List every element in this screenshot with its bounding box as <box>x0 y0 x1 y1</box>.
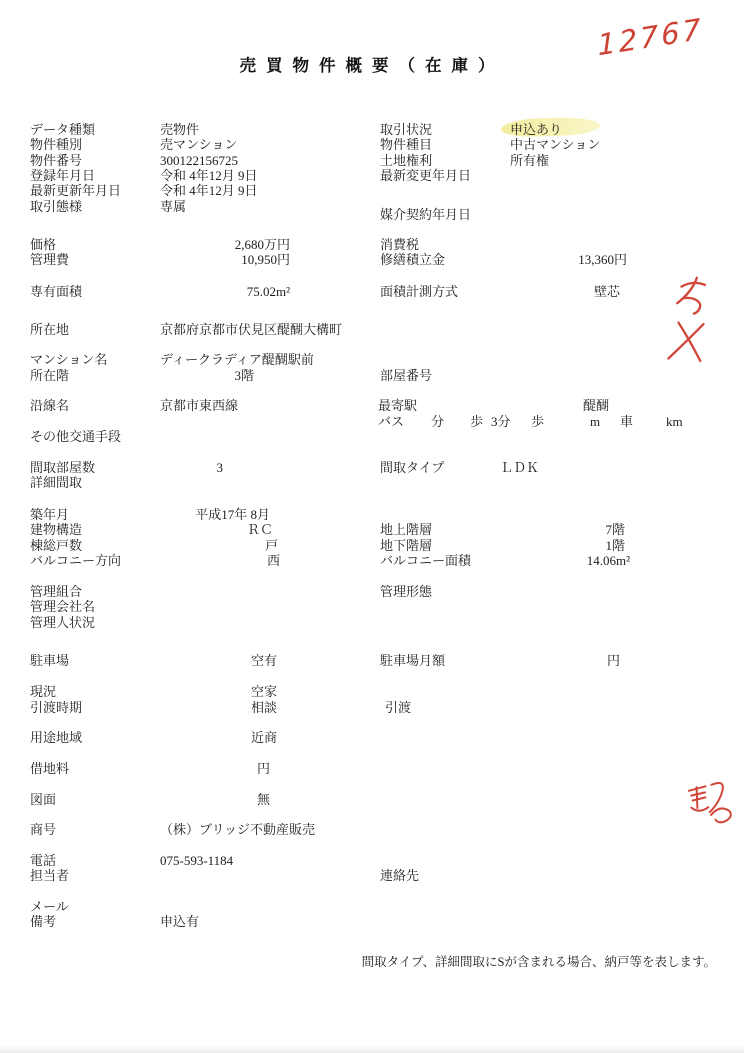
property-summary-document: 売買物件概要（在庫） 12767 データ種類 売物件 物件種別 売マンション 物… <box>0 0 744 1053</box>
property-kind-value: 売マンション <box>160 137 237 152</box>
data-kind-value: 売物件 <box>160 122 199 137</box>
repair-fund-label: 修繕積立金 <box>380 252 445 267</box>
access-token-bus-min: 分 <box>431 414 444 429</box>
balcony-direction-value: 西 <box>267 553 280 568</box>
last-change-date-label: 最新変更年月日 <box>380 168 471 183</box>
updated-date-label: 最新更新年月日 <box>30 183 121 198</box>
rail-line-value: 京都市東西線 <box>160 398 238 413</box>
handwritten-scribble-icon <box>657 269 722 370</box>
transaction-status-value: 申込あり <box>510 122 562 137</box>
mediation-date-label: 媒介契約年月日 <box>380 207 471 222</box>
room-number-label: 部屋番号 <box>380 368 432 383</box>
access-token-km: km <box>666 414 683 429</box>
remarks-value: 申込有 <box>160 914 199 929</box>
exclusive-area-value: 75.02m² <box>247 284 290 299</box>
property-category-value: 中古マンション <box>510 137 600 152</box>
area-method-label: 面積計測方式 <box>380 284 458 299</box>
land-right-label: 土地権利 <box>380 153 432 168</box>
mgmt-company-label: 管理会社名 <box>30 599 95 614</box>
nearest-station-label: 最寄駅 <box>378 398 417 413</box>
management-fee-value: 10,950円 <box>241 252 290 267</box>
land-right-value: 所有権 <box>510 153 549 168</box>
access-token-walk2: 歩 <box>531 414 544 429</box>
nearest-station-value: 醍醐 <box>583 398 609 413</box>
email-label: メール <box>30 899 69 914</box>
consumption-tax-label: 消費税 <box>380 237 419 252</box>
access-token-walk-min: 3分 <box>491 414 511 429</box>
mansion-name-value: ディークラディア醍醐駅前 <box>160 352 314 367</box>
registered-date-value: 令和 4年12月 9日 <box>160 168 258 183</box>
drawing-label: 図面 <box>30 792 56 807</box>
remarks-label: 備考 <box>30 914 56 929</box>
room-count-value: 3 <box>217 460 224 475</box>
other-transport-label: その他交通手段 <box>30 429 121 444</box>
page-title: 売買物件概要（在庫） <box>240 58 505 73</box>
floors-below-label: 地下階層 <box>380 538 432 553</box>
total-units-value: 戸 <box>265 538 278 553</box>
floor-located-value: 3階 <box>234 368 254 383</box>
floors-above-value: 7階 <box>605 522 625 537</box>
access-token-meters: m <box>590 414 600 429</box>
company-label: 商号 <box>30 822 56 837</box>
location-value: 京都府京都市伏見区醍醐大構町 <box>160 322 342 337</box>
mansion-name-label: マンション名 <box>30 352 107 367</box>
current-state-label: 現況 <box>30 684 56 699</box>
layout-detail-label: 詳細間取 <box>30 475 82 490</box>
floors-below-value: 1階 <box>605 538 625 553</box>
staff-label: 担当者 <box>30 868 69 883</box>
access-token-walk: 歩 <box>470 414 483 429</box>
zoning-label: 用途地域 <box>30 730 82 745</box>
handover-time-value: 相談 <box>251 700 277 715</box>
balcony-area-value: 14.06m² <box>587 553 630 568</box>
property-number-value: 300122156725 <box>160 153 238 168</box>
company-value: （株）ブリッジ不動産販売 <box>160 822 315 837</box>
zoning-value: 近商 <box>251 730 277 745</box>
transaction-mode-value: 専属 <box>160 199 186 214</box>
layout-type-label: 間取タイプ <box>380 460 444 475</box>
room-count-label: 間取部屋数 <box>30 460 95 475</box>
parking-monthly-value: 円 <box>607 653 620 668</box>
transaction-mode-label: 取引態様 <box>30 199 82 214</box>
updated-date-value: 令和 4年12月 9日 <box>160 183 258 198</box>
transaction-status-label: 取引状況 <box>380 122 432 137</box>
structure-value: ＲＣ <box>247 522 273 537</box>
balcony-area-label: バルコニー面積 <box>380 553 471 568</box>
floor-located-label: 所在階 <box>30 368 69 383</box>
handwritten-scribble-icon <box>681 775 739 832</box>
contact-label: 連絡先 <box>380 868 419 883</box>
phone-value: 075-593-1184 <box>160 853 233 868</box>
price-label: 価格 <box>30 237 56 252</box>
registered-date-label: 登録年月日 <box>30 168 95 183</box>
phone-label: 電話 <box>30 853 56 868</box>
rail-line-label: 沿線名 <box>30 398 69 413</box>
drawing-value: 無 <box>257 792 270 807</box>
built-ym-value: 平成17年 8月 <box>195 507 270 522</box>
access-token-bus: バス <box>378 414 404 429</box>
parking-value: 空有 <box>251 653 277 668</box>
exclusive-area-label: 専有面積 <box>30 284 82 299</box>
floors-above-label: 地上階層 <box>380 522 432 537</box>
handwritten-number-annotation: 12767 <box>597 12 705 63</box>
handover-time-label: 引渡時期 <box>30 700 82 715</box>
data-kind-label: データ種類 <box>30 122 95 137</box>
area-method-value: 壁芯 <box>594 284 620 299</box>
parking-label: 駐車場 <box>30 653 69 668</box>
land-rent-label: 借地料 <box>30 761 69 776</box>
price-value: 2,680万円 <box>235 237 290 252</box>
land-rent-value: 円 <box>257 761 270 776</box>
current-state-value: 空家 <box>251 684 277 699</box>
access-token-car: 車 <box>620 414 633 429</box>
structure-label: 建物構造 <box>30 522 82 537</box>
total-units-label: 棟総戸数 <box>30 538 82 553</box>
layout-type-value: ＬＤＫ <box>500 460 539 475</box>
mgmt-association-label: 管理組合 <box>30 584 82 599</box>
footer-note: 間取タイプ、詳細間取にSが含まれる場合、納戸等を表します。 <box>362 955 716 970</box>
location-label: 所在地 <box>30 322 69 337</box>
property-category-label: 物件種目 <box>380 137 432 152</box>
built-ym-label: 築年月 <box>30 507 69 522</box>
balcony-direction-label: バルコニー方向 <box>30 553 121 568</box>
property-kind-label: 物件種別 <box>30 137 82 152</box>
repair-fund-value: 13,360円 <box>578 252 627 267</box>
mgmt-form-label: 管理形態 <box>380 584 432 599</box>
handover-label: 引渡 <box>385 700 411 715</box>
management-fee-label: 管理費 <box>30 252 69 267</box>
parking-monthly-label: 駐車場月額 <box>380 653 445 668</box>
scan-edge-shadow <box>0 1044 744 1053</box>
property-number-label: 物件番号 <box>30 153 82 168</box>
manager-status-label: 管理人状況 <box>30 615 95 630</box>
